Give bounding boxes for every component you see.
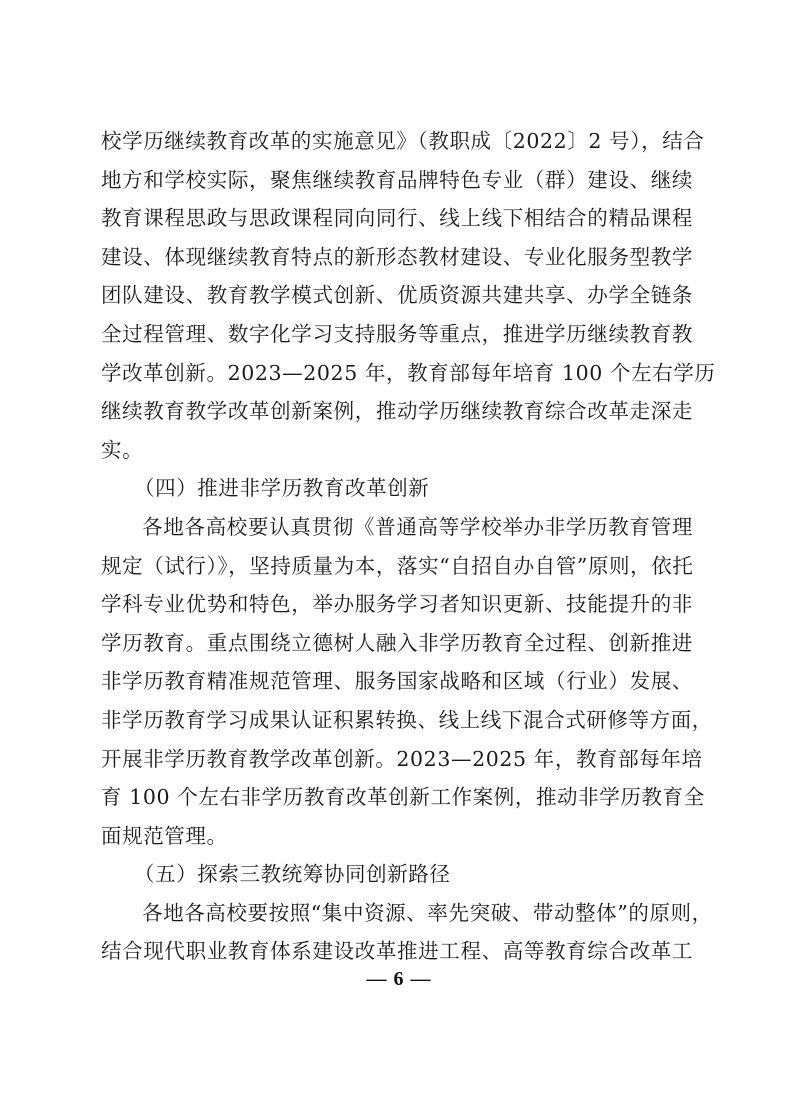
paragraph-line: 结合现代职业教育体系建设改革推进工程、高等教育综合改革工 [101, 932, 693, 971]
paragraph-first-line: 各地各高校要按照“集中资源、率先突破、带动整体”的原则， [101, 894, 693, 933]
section-heading-4: （四）推进非学历教育改革创新 [101, 469, 693, 508]
paragraph-line: 非学历教育精准规范管理、服务国家战略和区域（行业）发展、 [101, 662, 693, 701]
paragraph-line: 全过程管理、数字化学习支持服务等重点，推进学历继续教育教 [101, 315, 693, 354]
section-heading-5: （五）探索三教统筹协同创新路径 [101, 855, 693, 894]
paragraph-line: 非学历教育学习成果认证积累转换、线上线下混合式研修等方面， [101, 701, 693, 740]
paragraph-line: 继续教育教学改革创新案例，推动学历继续教育综合改革走深走 [101, 392, 693, 431]
paragraph-line: 实。 [101, 431, 693, 470]
paragraph-line: 面规范管理。 [101, 817, 693, 856]
paragraph-line: 规定（试行）》，坚持质量为本，落实“自招自办自管”原则，依托 [101, 547, 693, 586]
paragraph-first-line: 各地各高校要认真贯彻《普通高等学校举办非学历教育管理 [101, 508, 693, 547]
paragraph-line: 教育课程思政与思政课程同向同行、线上线下相结合的精品课程 [101, 199, 693, 238]
paragraph-line: 校学历继续教育改革的实施意见》（教职成〔2022〕2 号），结合 [101, 122, 693, 161]
paragraph-line: 建设、体现继续教育特点的新形态教材建设、专业化服务型教学 [101, 238, 693, 277]
document-page: 校学历继续教育改革的实施意见》（教职成〔2022〕2 号），结合 地方和学校实际… [0, 0, 798, 1118]
paragraph-line: 地方和学校实际，聚焦继续教育品牌特色专业（群）建设、继续 [101, 161, 693, 200]
page-number: — 6 — [0, 968, 798, 991]
paragraph-line: 学改革创新。2023—2025 年，教育部每年培育 100 个左右学历 [101, 354, 693, 393]
document-body: 校学历继续教育改革的实施意见》（教职成〔2022〕2 号），结合 地方和学校实际… [101, 122, 693, 971]
paragraph-line: 团队建设、教育教学模式创新、优质资源共建共享、办学全链条 [101, 276, 693, 315]
paragraph-line: 学历教育。重点围绕立德树人融入非学历教育全过程、创新推进 [101, 624, 693, 663]
paragraph-line: 学科专业优势和特色，举办服务学习者知识更新、技能提升的非 [101, 585, 693, 624]
paragraph-line: 开展非学历教育教学改革创新。2023—2025 年，教育部每年培 [101, 740, 693, 779]
paragraph-line: 育 100 个左右非学历教育改革创新工作案例，推动非学历教育全 [101, 778, 693, 817]
